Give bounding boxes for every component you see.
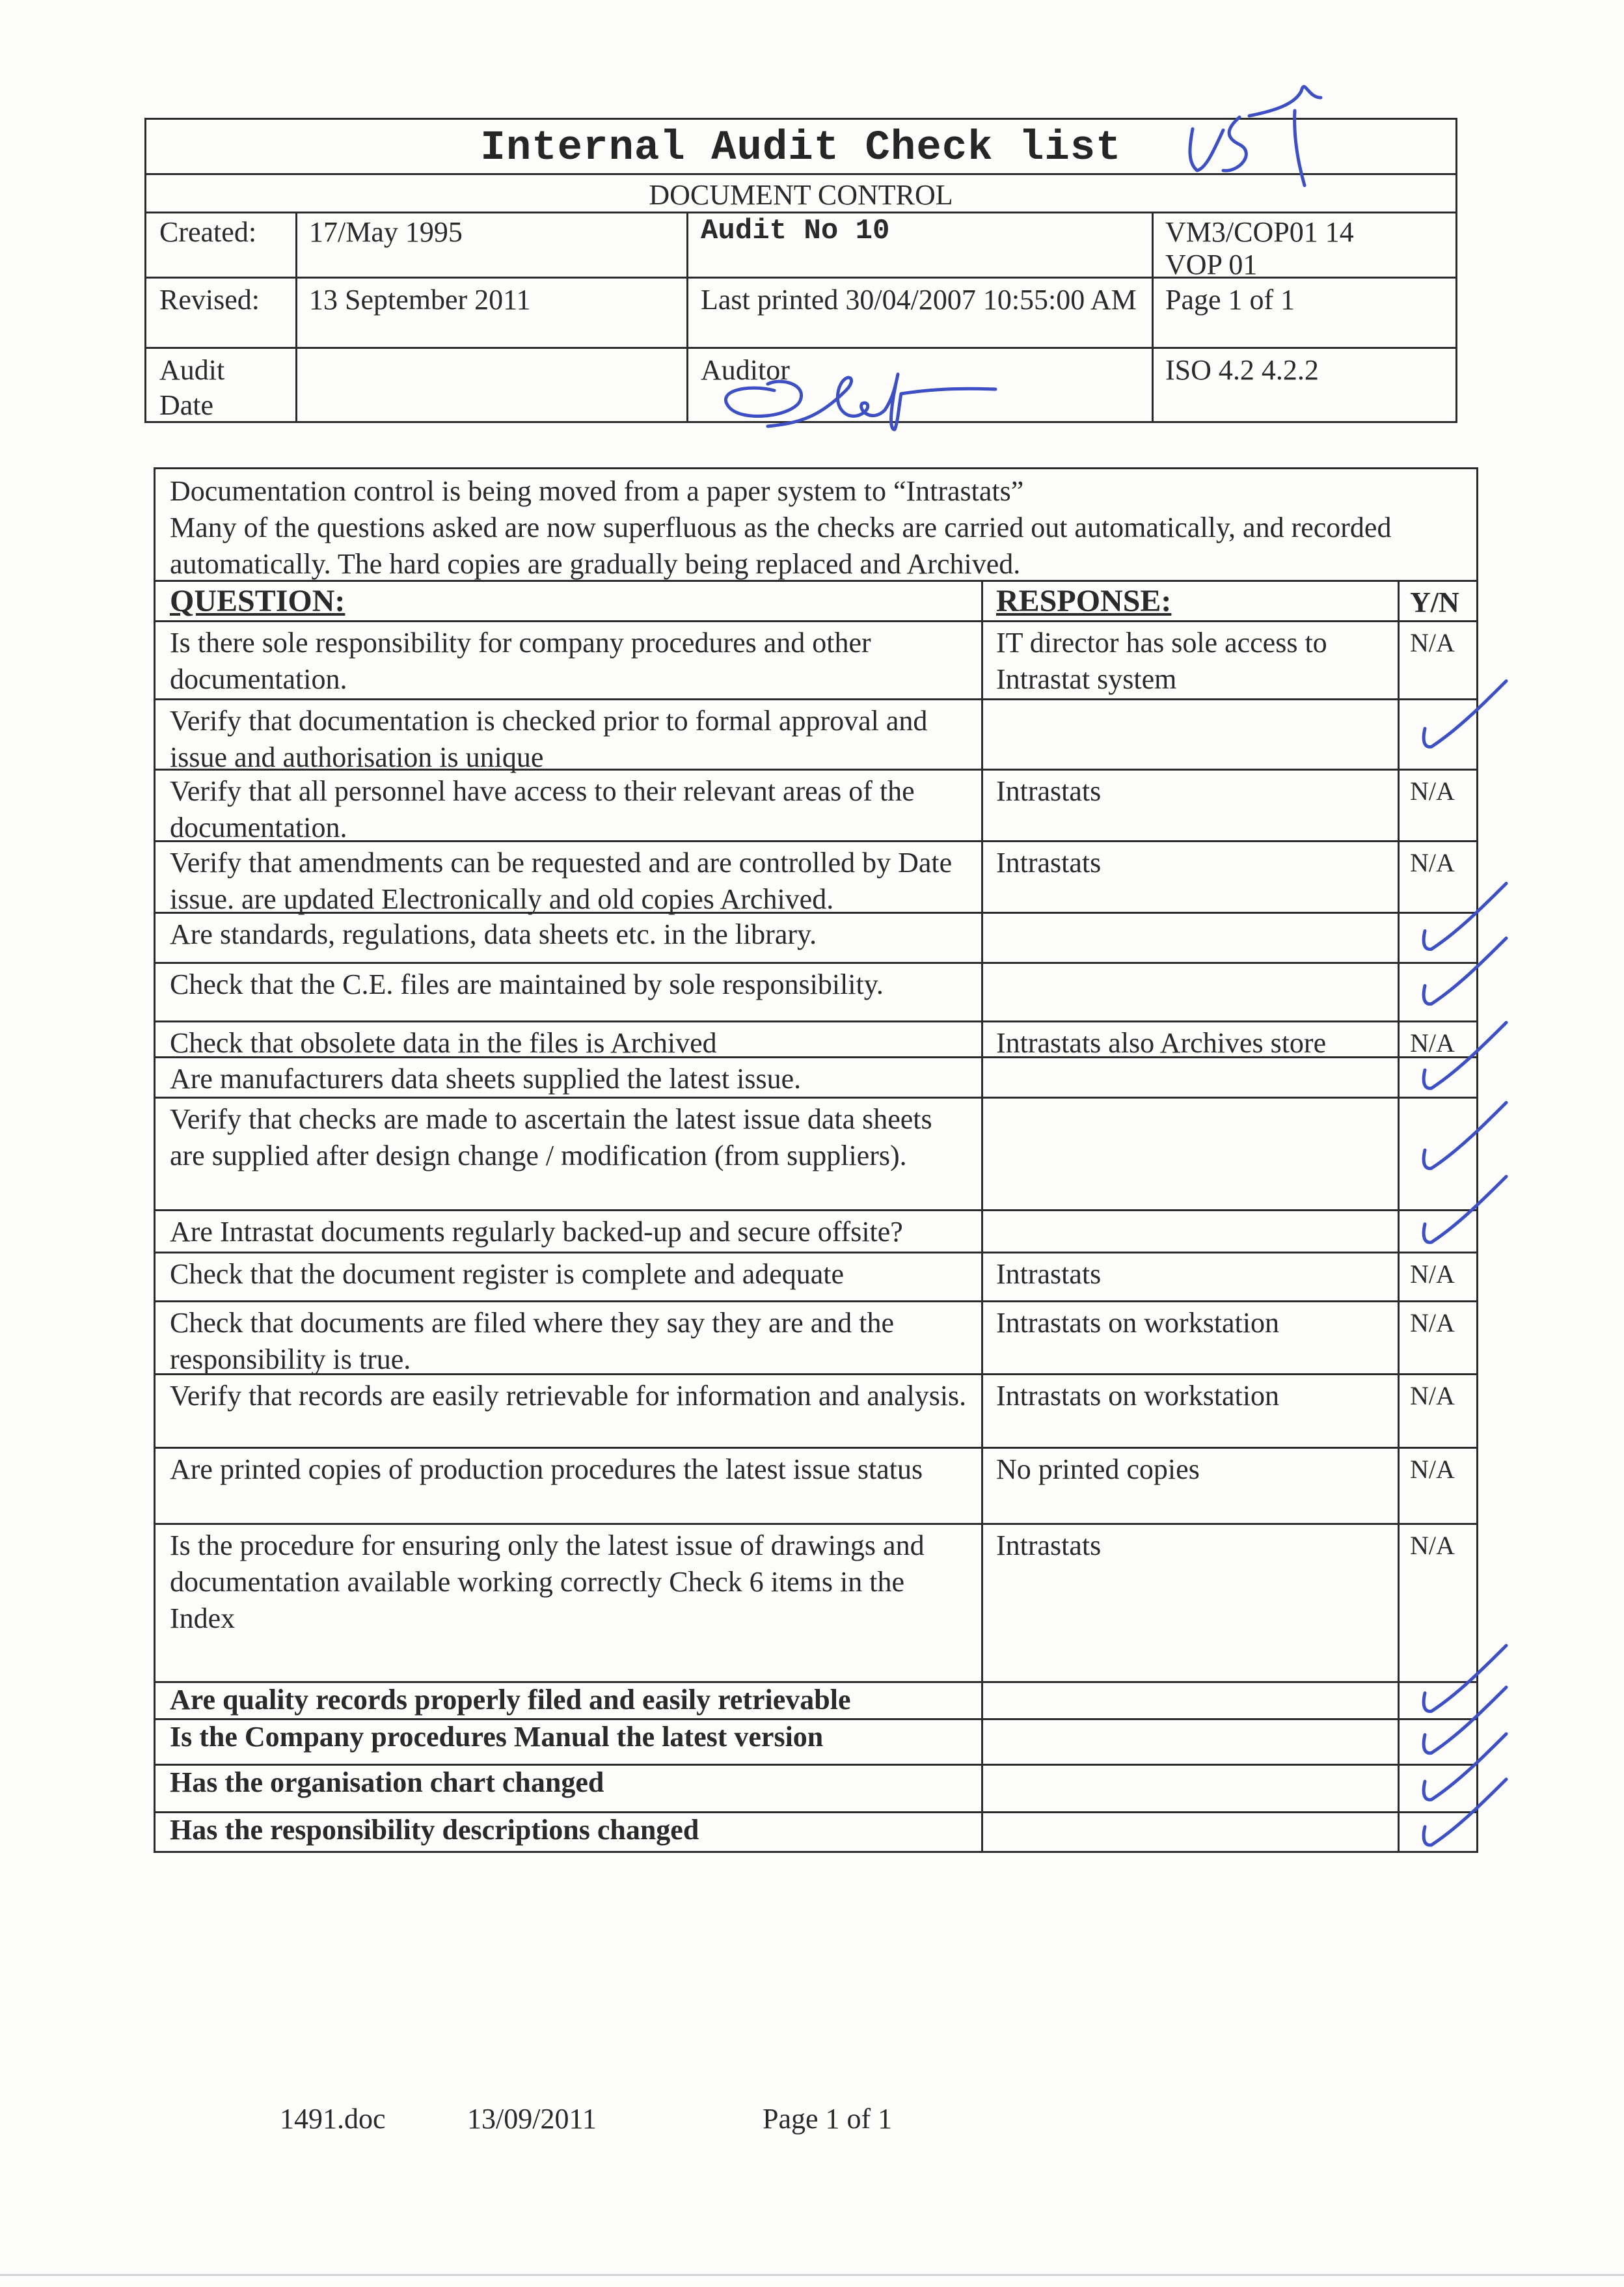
table-header-row: QUESTION: RESPONSE: Y/N [156,580,1476,622]
audit-number: Audit No 10 [701,213,889,249]
yn-cell[interactable]: N/A [1410,845,1468,881]
iso-reference: ISO 4.2 4.2.2 [1165,353,1319,388]
question-cell: Verify that documentation is checked pri… [170,703,970,776]
question-cell: Verify that all personnel have access to… [170,773,970,846]
intro-line-2: Many of the questions asked are now supe… [170,510,1457,582]
page-edge [0,2274,1624,2276]
response-cell[interactable]: Intrastats [996,845,1393,881]
response-cell[interactable]: Intrastats on workstation [996,1378,1393,1414]
yn-cell[interactable]: N/A [1410,1305,1468,1341]
footer-filename: 1491.doc [280,2101,386,2137]
question-cell: Has the organisation chart changed [170,1764,970,1801]
table-row: Check that the document register is comp… [156,1252,1476,1302]
question-cell: Check that documents are filed where the… [170,1305,970,1378]
question-cell: Are standards, regulations, data sheets … [170,916,970,953]
response-cell[interactable]: Intrastats [996,1527,1393,1564]
question-cell: Are manufacturers data sheets supplied t… [170,1061,970,1097]
response-cell[interactable]: Intrastats [996,773,1393,810]
table-row: Is there sole responsibility for company… [156,620,1476,700]
audit-date-label: Audit Date [159,353,264,423]
yn-cell[interactable]: N/A [1410,625,1468,661]
revised-value: 13 September 2011 [309,282,531,318]
table-row: Are standards, regulations, data sheets … [156,912,1476,964]
table-row: Has the responsibility descriptions chan… [156,1811,1476,1857]
table-row: Is the Company procedures Manual the lat… [156,1718,1476,1766]
yn-cell[interactable]: N/A [1410,1451,1468,1488]
question-cell: Are quality records properly filed and e… [170,1682,970,1718]
table-row: Are manufacturers data sheets supplied t… [156,1056,1476,1099]
intro-note: Documentation control is being moved fro… [170,473,1457,582]
page-indicator: Page 1 of 1 [1165,282,1295,318]
table-row: Verify that records are easily retrievab… [156,1373,1476,1449]
response-cell[interactable]: Intrastats on workstation [996,1305,1393,1341]
intro-line-1: Documentation control is being moved fro… [170,473,1457,510]
response-cell[interactable]: Intrastats [996,1256,1393,1293]
table-row: Has the organisation chart changed [156,1764,1476,1813]
auditor-label: Auditor [701,353,790,388]
table-row: Verify that checks are made to ascertain… [156,1097,1476,1211]
question-cell: Are Intrastat documents regularly backed… [170,1214,970,1250]
table-row: Check that the C.E. files are maintained… [156,962,1476,1022]
column-header-yn: Y/N [1410,584,1468,621]
question-cell: Check that the document register is comp… [170,1256,970,1293]
yn-cell[interactable]: N/A [1410,1527,1468,1564]
question-cell: Check that the C.E. files are maintained… [170,966,970,1003]
document-control-table: Internal Audit Check list DOCUMENT CONTR… [144,118,1457,423]
table-row: Verify that amendments can be requested … [156,840,1476,914]
last-printed: Last printed 30/04/2007 10:55:00 AM [701,282,1143,318]
table-row: Are quality records properly filed and e… [156,1681,1476,1720]
section-heading: DOCUMENT CONTROL [146,177,1455,213]
table-row: Verify that documentation is checked pri… [156,698,1476,771]
yn-cell[interactable]: N/A [1410,773,1468,810]
table-row: Verify that all personnel have access to… [156,769,1476,842]
table-row: Check that obsolete data in the files is… [156,1020,1476,1058]
question-cell: Has the responsibility descriptions chan… [170,1812,970,1848]
response-cell[interactable]: IT director has sole access to Intrastat… [996,625,1393,698]
table-row: Check that documents are filed where the… [156,1300,1476,1375]
question-cell: Verify that amendments can be requested … [170,845,970,918]
question-cell: Is the procedure for ensuring only the l… [170,1527,970,1637]
document-title: Internal Audit Check list [146,120,1455,175]
response-cell[interactable]: No printed copies [996,1451,1393,1488]
question-cell: Is the Company procedures Manual the lat… [170,1719,970,1755]
question-cell: Verify that records are easily retrievab… [170,1378,970,1414]
table-row: Are printed copies of production procedu… [156,1447,1476,1525]
question-cell: Verify that checks are made to ascertain… [170,1101,970,1174]
revised-label: Revised: [159,282,260,318]
question-cell: Are printed copies of production procedu… [170,1451,970,1488]
question-cell: Is there sole responsibility for company… [170,625,970,698]
yn-cell[interactable]: N/A [1410,1256,1468,1293]
column-header-question: QUESTION: [170,583,970,620]
doc-ref: VM3/COP01 14 [1165,215,1354,250]
checklist-table: Documentation control is being moved fro… [154,467,1478,1853]
footer-date: 13/09/2011 [467,2101,597,2137]
created-label: Created: [159,215,256,250]
table-row: Is the procedure for ensuring only the l… [156,1523,1476,1683]
doc-ref-secondary: VOP 01 [1165,247,1257,282]
footer-page: Page 1 of 1 [763,2101,892,2137]
table-row: Are Intrastat documents regularly backed… [156,1209,1476,1253]
column-header-response: RESPONSE: [996,583,1393,620]
yn-cell[interactable]: N/A [1410,1378,1468,1414]
created-value: 17/May 1995 [309,215,463,250]
